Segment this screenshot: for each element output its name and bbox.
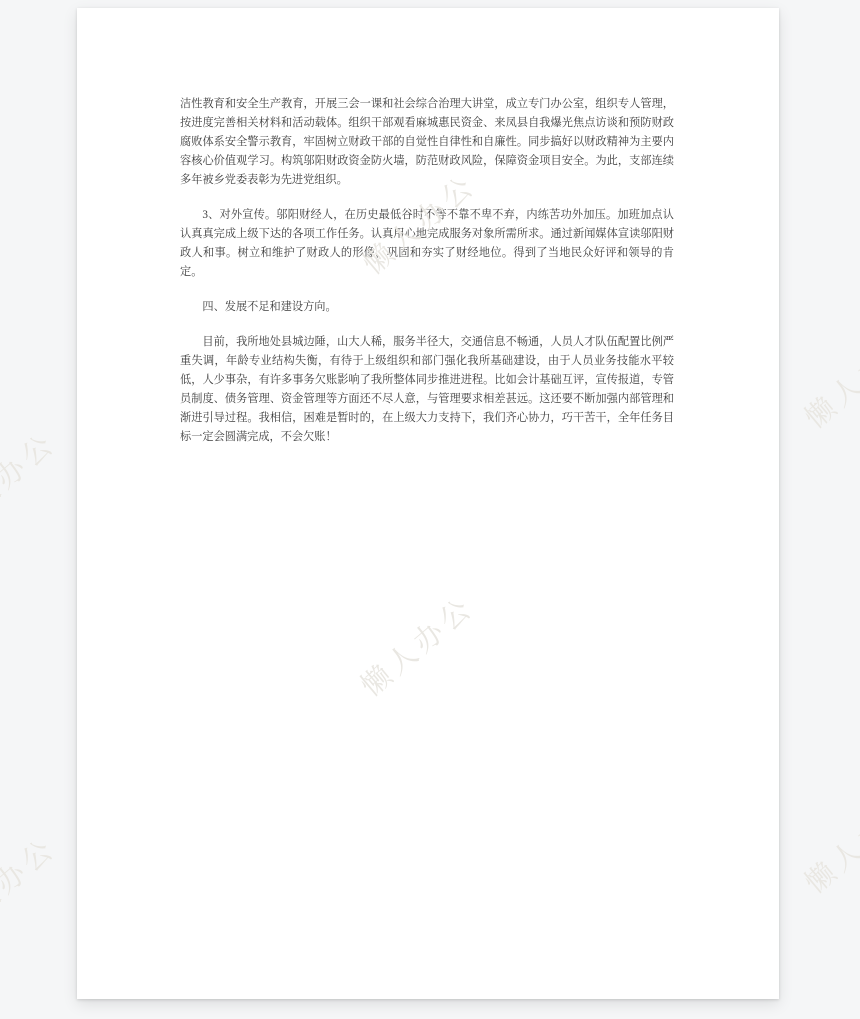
paragraph: 洁性教育和安全生产教育，开展三会一课和社会综合治理大讲堂，成立专门办公室，组织专… [180, 95, 674, 190]
document-viewer: { "colors": { "background": "#f5f6f7", "… [0, 0, 860, 1019]
section-heading: 四、发展不足和建设方向。 [180, 298, 674, 317]
watermark-text: 懒人办公 [788, 777, 860, 910]
document-text-block: 洁性教育和安全生产教育，开展三会一课和社会综合治理大讲堂，成立专门办公室，组织专… [180, 95, 674, 463]
watermark-text: 懒人办公 [0, 416, 74, 549]
paragraph: 目前，我所地处县城边陲，山大人稀，服务半径大，交通信息不畅通，人员人才队伍配置比… [180, 333, 674, 447]
document-page: 洁性教育和安全生产教育，开展三会一课和社会综合治理大讲堂，成立专门办公室，组织专… [77, 8, 779, 999]
paragraph: 3、对外宣传。邬阳财经人，在历史最低谷时不等不靠不卑不弃，内练苦功外加压。加班加… [180, 206, 674, 282]
watermark-text: 懒人办公 [788, 312, 860, 445]
watermark-text: 懒人办公 [0, 821, 74, 954]
